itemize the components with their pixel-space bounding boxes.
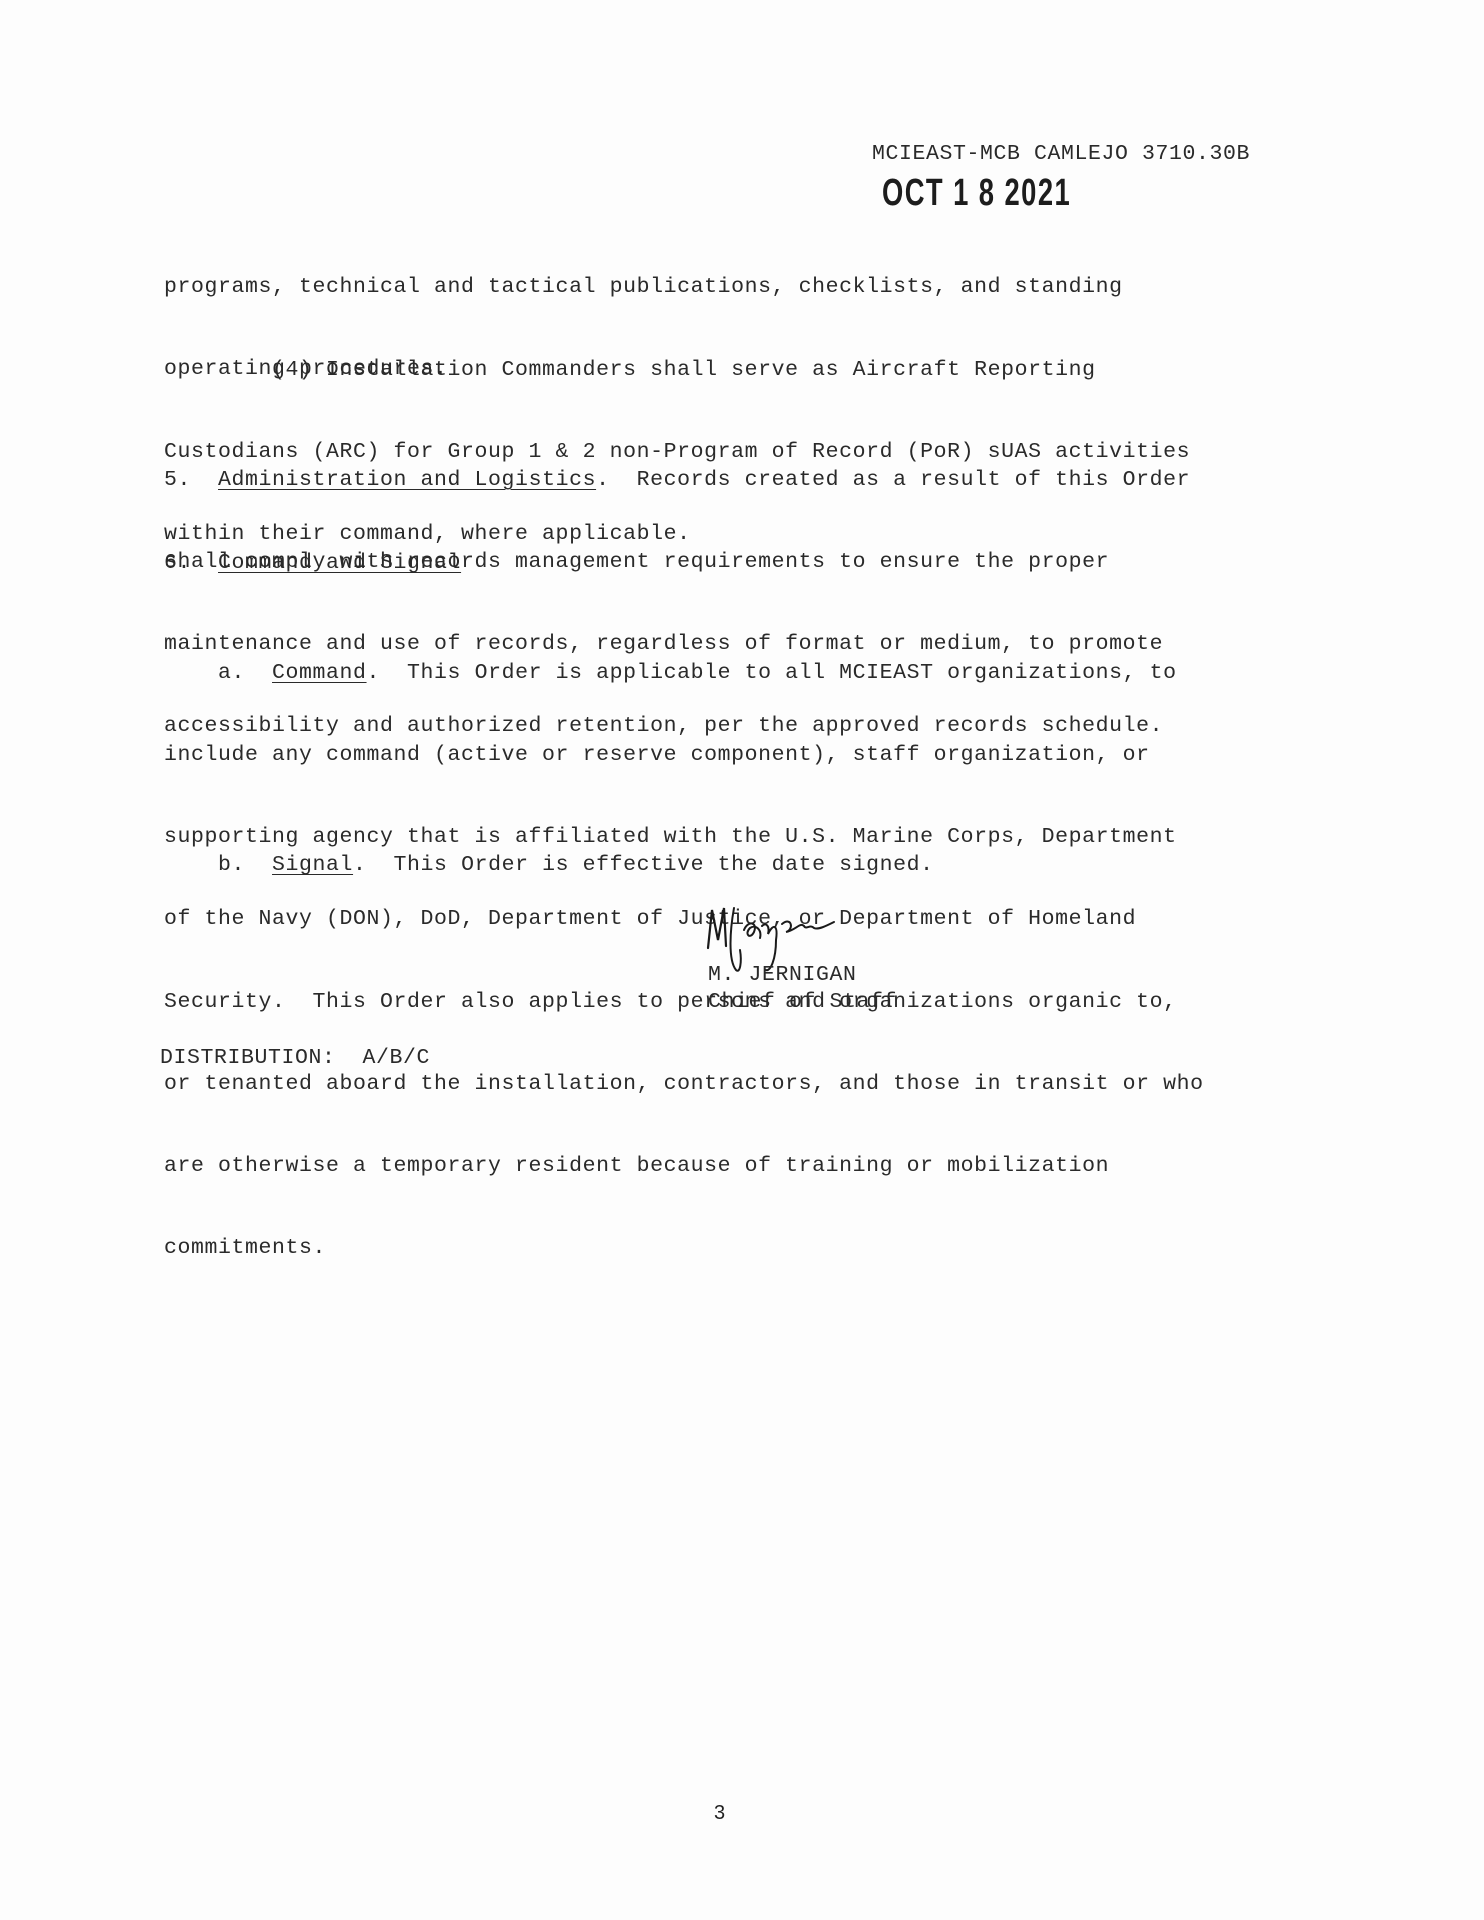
- text-run: . Records created as a result of this Or…: [596, 468, 1190, 492]
- signatory-title: Chief of Staff: [708, 989, 897, 1016]
- section-heading: Administration and Logistics: [218, 468, 596, 492]
- text-run: . This Order is applicable to all MCIEAS…: [367, 661, 1177, 685]
- text-line: (4) Installation Commanders shall serve …: [164, 357, 1190, 384]
- section-number: 5.: [164, 468, 218, 492]
- page-number: 3: [714, 1802, 725, 1825]
- text-line: or tenanted aboard the installation, con…: [164, 1071, 1204, 1098]
- section-5-first-line: 5. Administration and Logistics. Records…: [164, 467, 1190, 494]
- document-reference: MCIEAST-MCB CAMLEJO 3710.30B: [872, 141, 1250, 168]
- section-6-heading-line: 6. Command and Signal: [164, 550, 461, 577]
- text-run: . This Order is effective the date signe…: [353, 853, 934, 877]
- distribution-line: DISTRIBUTION: A/B/C: [160, 1045, 430, 1072]
- section-heading: Command and Signal: [218, 551, 461, 575]
- text-line: supporting agency that is affiliated wit…: [164, 824, 1204, 851]
- subsection-heading: Command: [272, 661, 367, 685]
- section-6a-paragraph: a. Command. This Order is applicable to …: [164, 605, 1204, 1318]
- text-line: of the Navy (DON), DoD, Department of Ju…: [164, 906, 1204, 933]
- text-line: are otherwise a temporary resident becau…: [164, 1153, 1204, 1180]
- text-line: Security. This Order also applies to per…: [164, 989, 1204, 1016]
- section-number: 6.: [164, 551, 218, 575]
- document-page: MCIEAST-MCB CAMLEJO 3710.30B OCT 1 8 202…: [0, 0, 1484, 1920]
- text-line: commitments.: [164, 1235, 1204, 1262]
- subsection-prefix: a.: [164, 661, 272, 685]
- text-line: programs, technical and tactical publica…: [164, 274, 1123, 301]
- section-6b-paragraph: b. Signal. This Order is effective the d…: [164, 852, 934, 879]
- subsection-heading: Signal: [272, 853, 353, 877]
- subsection-prefix: b.: [164, 853, 272, 877]
- signatory-name: M. JERNIGAN: [708, 962, 857, 989]
- section-6a-first-line: a. Command. This Order is applicable to …: [164, 660, 1204, 687]
- text-line: include any command (active or reserve c…: [164, 742, 1204, 769]
- date-stamp: OCT 1 8 2021: [882, 172, 1071, 215]
